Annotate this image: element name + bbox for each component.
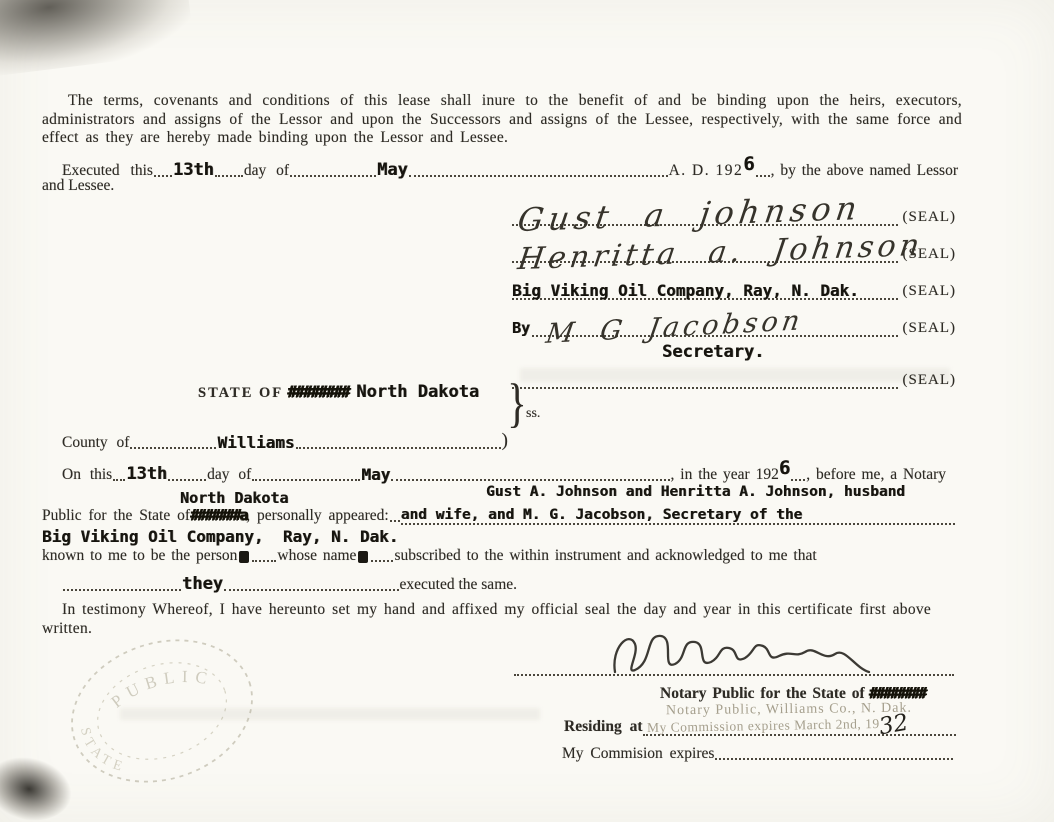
appeared-names-line2: and wife, and M. G. Jacobson, Secretary … — [401, 507, 955, 525]
commission-expires-label: My Commision expires — [562, 745, 714, 763]
executed-month-filled: May — [377, 160, 408, 180]
on-this-line: On this 13th day of May , in the year 19… — [62, 462, 946, 484]
signature-rule — [514, 640, 954, 676]
dotted-leader — [409, 175, 668, 177]
ack-state-typed: North Dakota — [180, 489, 288, 507]
dotted-leader — [290, 175, 376, 177]
executed-suffix: , by the above named Lessor — [771, 162, 958, 180]
svg-text:STATE: STATE — [76, 717, 132, 785]
seal-label: (SEAL) — [903, 209, 957, 226]
scanned-lease-document-page: The terms, covenants and conditions of t… — [0, 0, 1054, 822]
dotted-leader — [154, 175, 172, 177]
seal-label: (SEAL) — [903, 372, 957, 389]
secretary-title: Secretary. — [662, 342, 764, 362]
company-signature-line: Big Viking Oil Company, Ray, N. Dak. (SE… — [512, 276, 956, 300]
notary-public-label: Notary Public for the State of — [660, 685, 865, 702]
county-of-label: County of — [62, 434, 129, 452]
title-signature-line: (SEAL) — [512, 365, 956, 389]
appeared-names-line1: Gust A. Johnson and Henritta A. Johnson,… — [486, 484, 905, 500]
lessor1-signature-line: Gust a johnson (SEAL) — [512, 202, 956, 226]
signature-block: Gust a johnson (SEAL) Henritta a. Johnso… — [512, 202, 956, 392]
commission-year-handwritten: 32 — [877, 710, 910, 741]
dotted-leader — [371, 560, 393, 562]
dotted-leader — [215, 175, 243, 177]
executed-day-of: day of — [244, 162, 289, 180]
company-name-typed: Big Viking Oil Company, Ray, N. Dak. — [512, 281, 859, 300]
in-the-year-label: , in the year 192 — [671, 466, 779, 484]
struck-out-state: ######## — [869, 684, 925, 702]
signature-rule: Henritta a. Johnson — [512, 243, 898, 263]
dotted-leader — [252, 560, 276, 562]
dotted-leader — [130, 447, 216, 449]
notary-seal-stamp: PUBLIC STATE — [52, 626, 272, 796]
dotted-leader — [391, 479, 669, 481]
county-close-paren: ) — [502, 430, 508, 452]
closing-covenant-paragraph: The terms, covenants and conditions of t… — [42, 92, 962, 148]
ink-blot — [239, 551, 249, 563]
venue-county-line: County of Williams ) — [62, 430, 508, 452]
residing-at-line: Residing at My Commission expires March … — [564, 712, 956, 736]
struck-out-state: ######## — [287, 382, 348, 401]
company-by-signature-line: By M G Jacobson (SEAL) — [512, 313, 956, 337]
executed-year-filled: 6 — [743, 153, 754, 175]
scan-artifact-top-left — [0, 0, 195, 78]
dotted-leader — [756, 175, 770, 177]
they-filled: they — [182, 574, 223, 594]
residing-at-label: Residing at — [564, 718, 643, 736]
state-of-label: STATE OF — [198, 385, 283, 401]
on-this-label: On this — [62, 466, 112, 484]
dotted-leader — [390, 520, 400, 522]
struck-out-state: #######a — [190, 506, 246, 524]
seal-word-state: STATE — [76, 717, 132, 785]
signature-rule: M G Jacobson — [532, 317, 897, 337]
dotted-leader — [296, 447, 501, 449]
dotted-leader — [715, 758, 953, 760]
signature-rule: Big Viking Oil Company, Ray, N. Dak. — [512, 280, 898, 300]
dotted-leader — [168, 479, 206, 481]
venue-state-line: STATE OF ######## North Dakota — [198, 382, 479, 402]
known-text-1: known to me to be the person — [42, 547, 237, 565]
ink-blot — [358, 551, 368, 563]
before-me-label: , before me, a Notary — [806, 466, 946, 484]
commission-expires-line: My Commision expires — [562, 745, 954, 763]
known-text-2: whose name — [277, 547, 356, 565]
county-filled: Williams — [217, 433, 294, 452]
dotted-leader — [113, 479, 125, 481]
public-prefix: Public for the State of — [42, 507, 190, 525]
residing-fill: My Commission expires March 2nd, 19 32 — [643, 712, 957, 736]
known-text-3: subscribed to the within instrument and … — [394, 547, 955, 565]
ack-year-filled: 6 — [779, 457, 790, 479]
ack-day-of: day of — [207, 466, 251, 484]
known-to-me-line: known to me to be the person whose name … — [42, 547, 955, 565]
lessor2-signature-line: Henritta a. Johnson (SEAL) — [512, 239, 956, 263]
executed-continuation: and Lessee. — [42, 177, 114, 195]
dotted-leader — [63, 589, 181, 591]
by-label: By — [512, 319, 530, 337]
seal-label: (SEAL) — [903, 320, 957, 337]
ss-label: ss. — [526, 406, 540, 422]
commission-stamp-text: My Commission expires March 2nd, 19 — [646, 716, 879, 736]
signature-rule — [512, 369, 898, 389]
they-executed-line: they executed the same. — [62, 574, 517, 594]
venue-brace: } — [507, 372, 526, 434]
signature-rule: Gust a johnson — [512, 206, 898, 226]
dotted-leader — [791, 479, 805, 481]
seal-label: (SEAL) — [903, 283, 957, 300]
personally-appeared-label: , personally appeared: — [246, 507, 388, 525]
notary-signature-line — [514, 640, 954, 676]
dotted-leader — [252, 479, 360, 481]
executed-the-same-label: executed the same. — [400, 576, 517, 594]
state-typed: North Dakota — [356, 382, 479, 402]
public-for-state-line: Public for the State of North Dakota ###… — [42, 506, 955, 525]
executed-day-filled: 13th — [173, 160, 214, 180]
executed-line: Executed this 13th day of May A. D. 192 … — [42, 158, 958, 180]
executed-ad-label: A. D. 192 — [669, 162, 744, 180]
ack-day-filled: 13th — [126, 464, 167, 484]
struck-state-with-overtype: North Dakota #######a — [190, 506, 246, 525]
ack-month-filled: May — [361, 465, 390, 484]
appeared-names-line3: Big Viking Oil Company, Ray, N. Dak. — [42, 527, 398, 546]
dotted-leader — [224, 589, 399, 591]
notary-signature-scrawl — [609, 628, 879, 680]
